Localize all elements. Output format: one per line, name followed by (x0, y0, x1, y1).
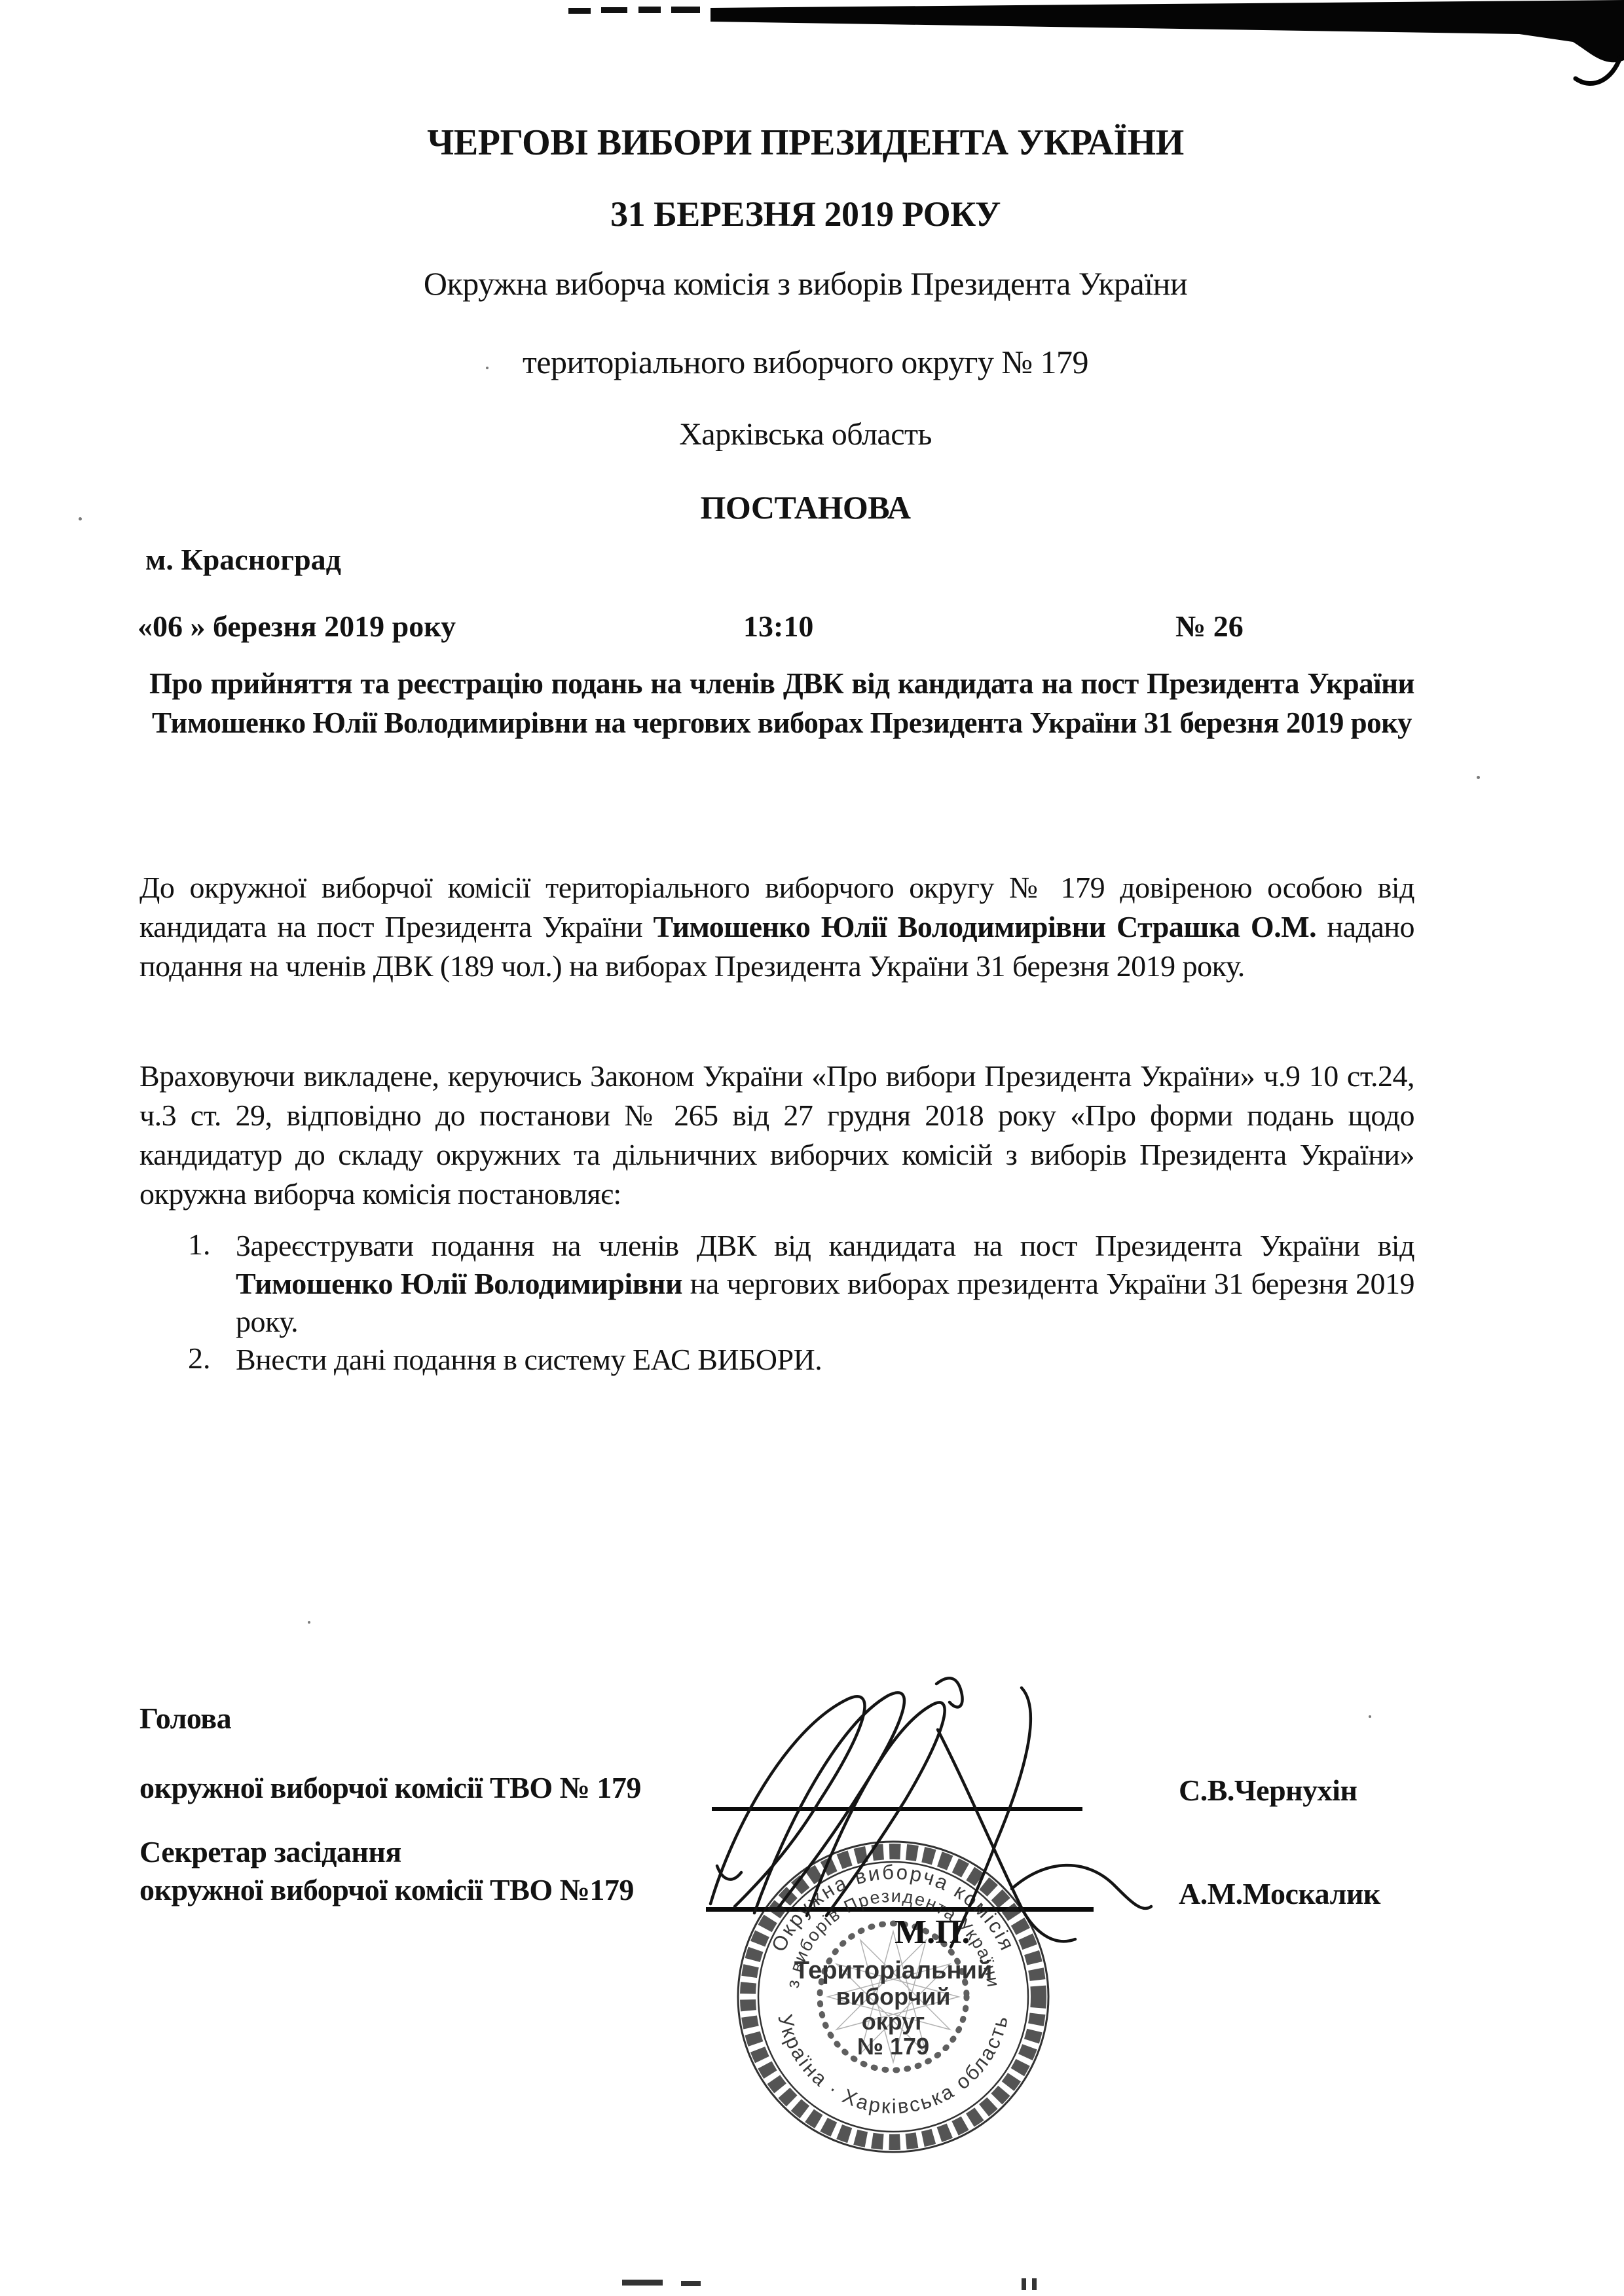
secretary-role-line2: окружної виборчої комісії ТВО №179 (139, 1872, 634, 1907)
meta-time: 13:10 (743, 609, 813, 644)
chairman-role-line2: окружної виборчої комісії ТВО № 179 (139, 1770, 641, 1805)
commission-name-line1: Окружна виборча комісія з виборів Презид… (0, 264, 1611, 302)
secretary-role-line1: Секретар засідання (139, 1834, 401, 1869)
secretary-name: А.М.Москалик (1179, 1876, 1380, 1911)
seal-place-mark: М.П. (895, 1913, 970, 1952)
body-paragraph-2: Враховуючи викладене, керуючись Законом … (139, 1057, 1414, 1214)
scan-mark-bottom (681, 2281, 701, 2286)
meta-city: м. Красноград (145, 542, 341, 577)
body-paragraph-1: До окружної виборчої комісії територіаль… (139, 868, 1414, 986)
subject-paragraph: Про прийняття та реєстрацію подань на чл… (149, 664, 1414, 742)
region-name: Харківська область (0, 416, 1611, 452)
scan-speck (1369, 1715, 1371, 1718)
stamp-center-line1: Територіальний (794, 1957, 992, 1984)
stamp-center-line2: виборчий (836, 1983, 951, 2010)
resolution-2-number: 2. (188, 1341, 211, 1376)
resolution-1-number: 1. (188, 1227, 211, 1262)
handwritten-signature (655, 1669, 1179, 1951)
meta-doc-number: № 26 (1175, 609, 1244, 644)
scan-mark-bottom (622, 2280, 663, 2286)
title-date: 31 БЕРЕЗНЯ 2019 РОКУ (0, 194, 1611, 234)
resolution-1-bold-name: Тимошенко Юлії Володимирівни (236, 1267, 682, 1300)
scan-mark-bottom (1022, 2278, 1026, 2290)
resolution-1-pre: Зареєструвати подання на членів ДВК від … (236, 1229, 1414, 1262)
resolution-1-text: Зареєструвати подання на членів ДВК від … (236, 1227, 1414, 1341)
chairman-role-line1: Голова (139, 1701, 231, 1736)
title-elections: ЧЕРГОВІ ВИБОРИ ПРЕЗИДЕНТА УКРАЇНИ (0, 122, 1611, 164)
scan-speck (486, 367, 489, 369)
chairman-name: С.В.Чернухін (1179, 1773, 1357, 1808)
scanned-resolution-document: ЧЕРГОВІ ВИБОРИ ПРЕЗИДЕНТА УКРАЇНИ 31 БЕР… (0, 0, 1624, 2296)
scan-artifact-band (0, 0, 1624, 98)
resolution-2-text: Внести дані подання в систему ЕАС ВИБОРИ… (236, 1341, 1414, 1379)
scan-mark-bottom (1032, 2278, 1037, 2290)
scan-speck (1477, 776, 1480, 779)
commission-name-line2: територіального виборчого округу № 179 (0, 343, 1611, 381)
paragraph-1-bold-name: Тимошенко Юлії Володимирівни Страшка О.М… (654, 910, 1317, 943)
stamp-center-line3: округ (862, 2008, 925, 2035)
scan-speck (79, 517, 82, 520)
stamp-center-line4: № 179 (857, 2033, 929, 2060)
document-type: ПОСТАНОВА (0, 488, 1611, 526)
scan-speck (308, 1621, 310, 1624)
meta-date: «06 » березня 2019 року (138, 609, 456, 644)
